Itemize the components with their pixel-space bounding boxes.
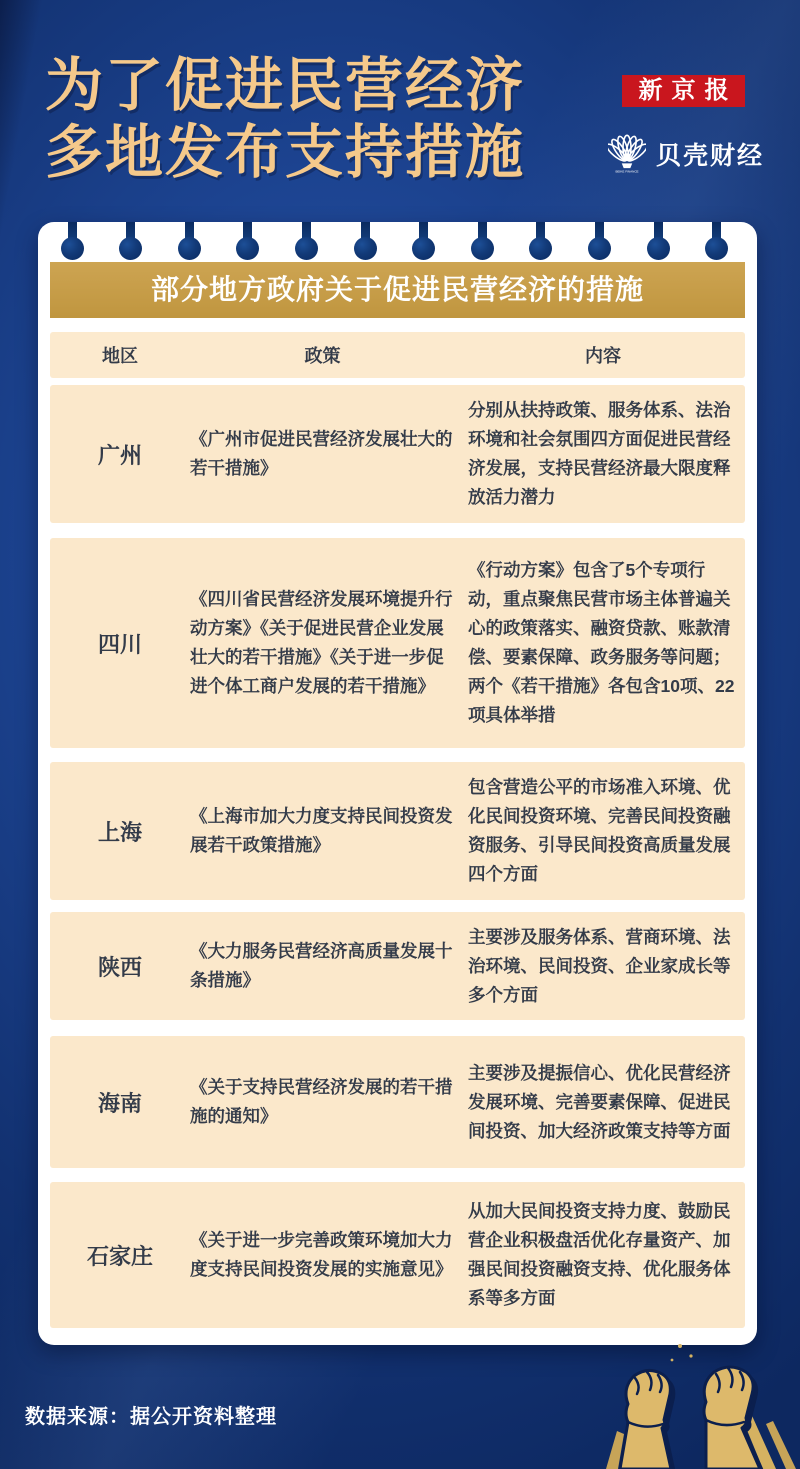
- table-row: 上海 《上海市加大力度支持民间投资发展若干政策措施》 包含营造公平的市场准入环境…: [50, 762, 745, 900]
- policy-cell: 《广州市促进民营经济发展壮大的若干措施》: [190, 425, 455, 483]
- beike-caption-text: BEIKE FINANCE: [615, 169, 638, 173]
- page-title-line1: 为了促进民营经济: [45, 52, 605, 119]
- region-cell: 石家庄: [50, 1240, 190, 1271]
- binder-pin-icon: [361, 222, 370, 244]
- table-row: 海南 《关于支持民营经济发展的若干措施的通知》 主要涉及提振信心、优化民营经济发…: [50, 1036, 745, 1168]
- xinjingbao-logo-text: 新京报: [639, 78, 738, 104]
- content-cell: 主要涉及服务体系、营商环境、法治环境、民间投资、企业家成长等多个方面: [468, 923, 738, 1010]
- shell-icon: BEIKE FINANCE: [608, 128, 646, 179]
- policy-cell: 《关于进一步完善政策环境加大力度支持民间投资发展的实施意见》: [190, 1226, 455, 1284]
- binder-pin-icon: [243, 222, 252, 244]
- page-title-line2: 多地发布支持措施: [45, 119, 605, 186]
- binder-pin-icon: [654, 222, 663, 244]
- binder-pin-icon: [68, 222, 77, 244]
- content-cell: 主要涉及提振信心、优化民营经济发展环境、完善要素保障、促进民间投资、加大经济政策…: [468, 1059, 738, 1146]
- content-cell: 包含营造公平的市场准入环境、优化民间投资环境、完善民间投资融资服务、引导民间投资…: [468, 773, 738, 889]
- beike-logo-text: 贝壳财经: [656, 136, 764, 172]
- region-cell: 上海: [50, 816, 190, 847]
- binder-pin-icon: [302, 222, 311, 244]
- region-cell: 陕西: [50, 951, 190, 982]
- column-header-content: 内容: [468, 342, 738, 368]
- xinjingbao-logo: 新京报: [622, 75, 745, 107]
- binder-pin-icon: [185, 222, 194, 244]
- table-header-row: 地区 政策 内容: [50, 332, 745, 378]
- page-title: 为了促进民营经济 多地发布支持措施: [45, 52, 605, 186]
- policy-cell: 《上海市加大力度支持民间投资发展若干政策措施》: [190, 802, 455, 860]
- table-row: 四川 《四川省民营经济发展环境提升行动方案》《关于促进民营企业发展壮大的若干措施…: [50, 538, 745, 748]
- binder-pin-icon: [419, 222, 428, 244]
- binder-pin-icon: [536, 222, 545, 244]
- policy-cell: 《关于支持民营经济发展的若干措施的通知》: [190, 1073, 455, 1131]
- content-cell: 分别从扶持政策、服务体系、法治环境和社会氛围四方面促进民营经济发展，支持民营经济…: [468, 396, 738, 512]
- column-header-region: 地区: [50, 342, 190, 368]
- policy-cell: 《四川省民营经济发展环境提升行动方案》《关于促进民营企业发展壮大的若干措施》《关…: [190, 585, 455, 701]
- table-row: 陕西 《大力服务民营经济高质量发展十条措施》 主要涉及服务体系、营商环境、法治环…: [50, 912, 745, 1020]
- binder-pin-icon: [478, 222, 487, 244]
- table-title-bar: 部分地方政府关于促进民营经济的措施: [50, 262, 745, 318]
- column-header-policy: 政策: [190, 342, 455, 368]
- table-row: 广州 《广州市促进民营经济发展壮大的若干措施》 分别从扶持政策、服务体系、法治环…: [50, 385, 745, 523]
- region-cell: 广州: [50, 439, 190, 470]
- region-cell: 四川: [50, 628, 190, 659]
- content-cell: 从加大民间投资支持力度、鼓励民营企业积极盘活优化存量资产、加强民间投资融资支持、…: [468, 1197, 738, 1313]
- binder-pin-icon: [595, 222, 604, 244]
- data-source-note: 数据来源：据公开资料整理: [25, 1400, 277, 1429]
- beike-finance-logo: BEIKE FINANCE 贝壳财经: [608, 128, 764, 179]
- region-cell: 海南: [50, 1087, 190, 1118]
- binder-pin-icon: [126, 222, 135, 244]
- notebook-card: 部分地方政府关于促进民营经济的措施 地区 政策 内容 广州 《广州市促进民营经济…: [38, 222, 757, 1345]
- raised-fists-icon: [558, 1328, 800, 1469]
- binder-pin-icon: [712, 222, 721, 244]
- table-row: 石家庄 《关于进一步完善政策环境加大力度支持民间投资发展的实施意见》 从加大民间…: [50, 1182, 745, 1328]
- policy-cell: 《大力服务民营经济高质量发展十条措施》: [190, 937, 455, 995]
- content-cell: 《行动方案》包含了5个专项行动，重点聚焦民营市场主体普遍关心的政策落实、融资贷款…: [468, 556, 738, 730]
